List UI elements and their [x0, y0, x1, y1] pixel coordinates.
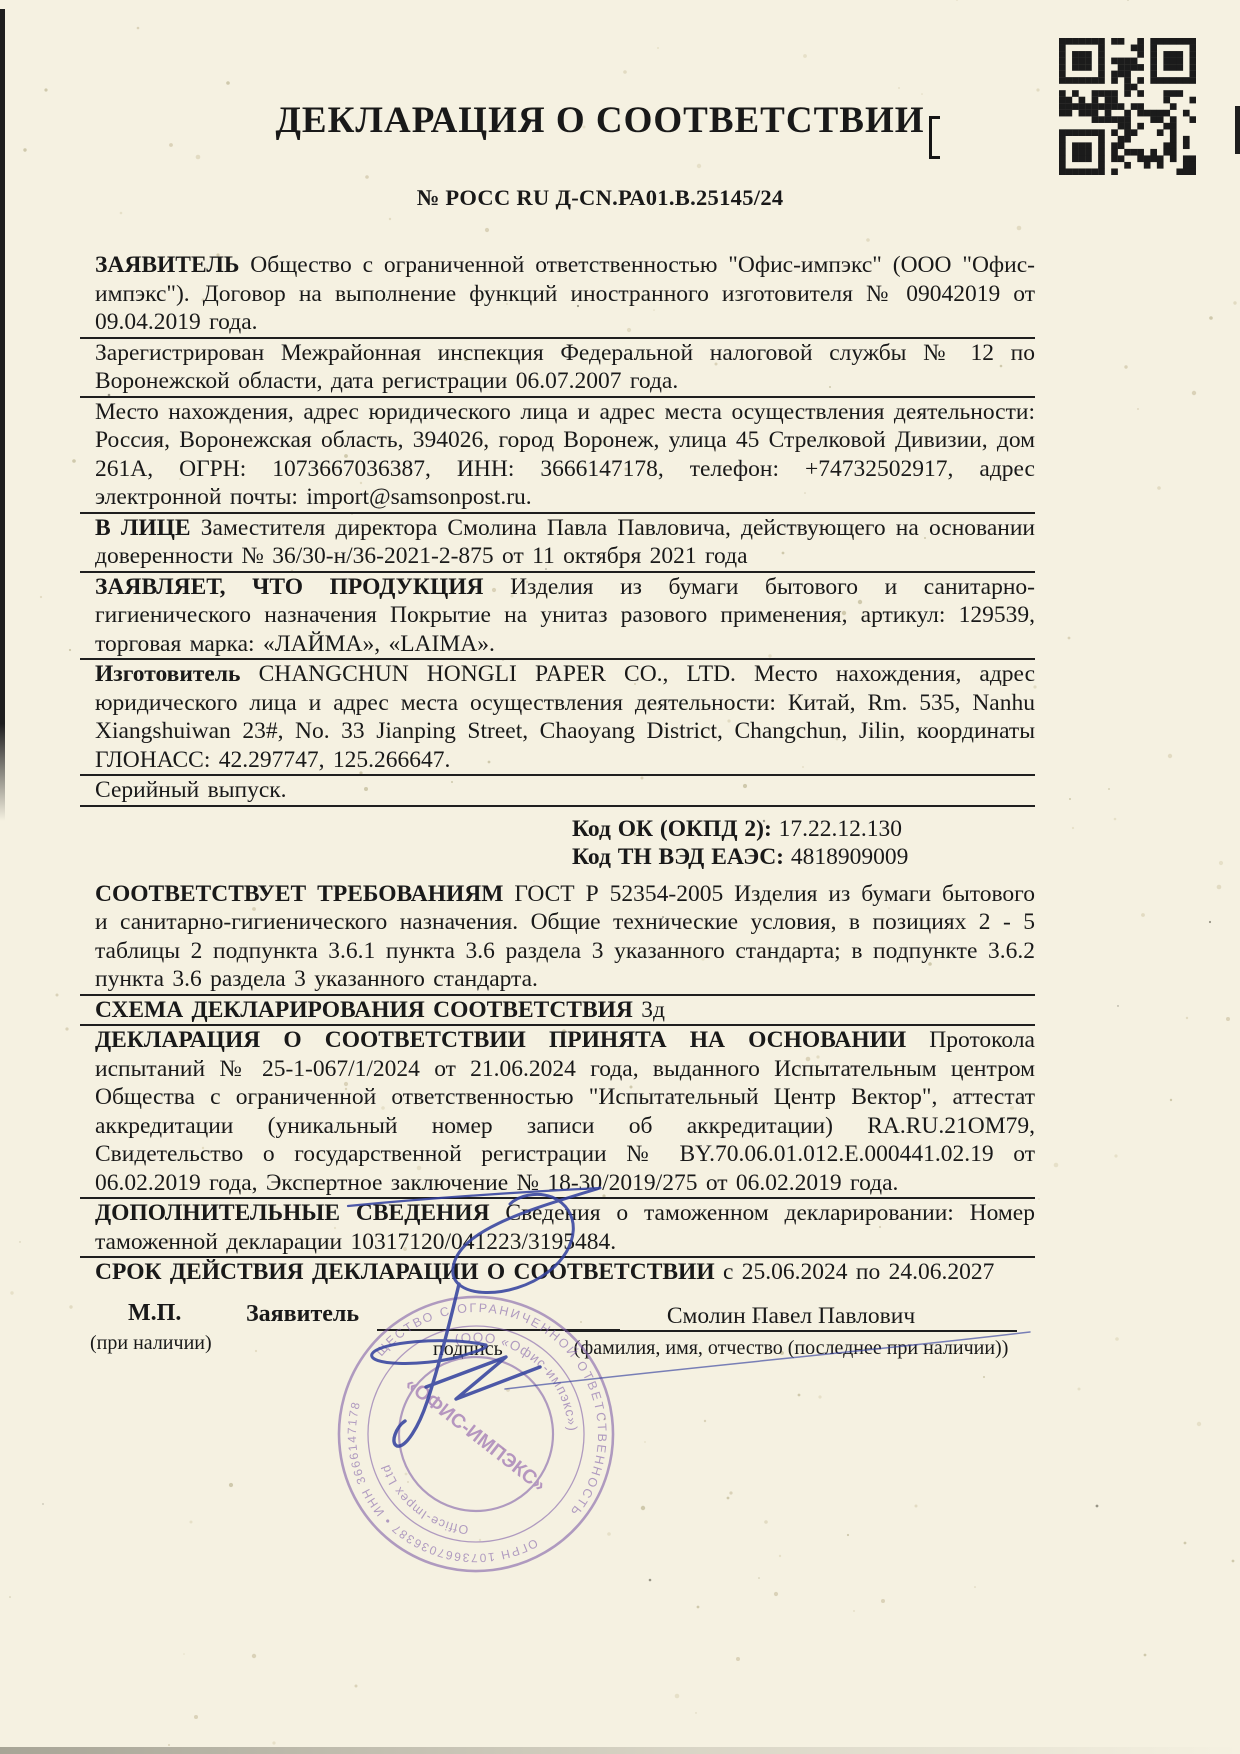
- document-paragraph: ЗАЯВИТЕЛЬ Общество с ограниченной ответс…: [80, 251, 1035, 339]
- paragraph-text: с 25.06.2024 по 24.06.2027: [723, 1259, 994, 1285]
- paragraph-text: 17.22.12.130: [779, 816, 902, 842]
- paragraph-text: 4818909009: [791, 844, 909, 870]
- qr-code-icon: [1059, 38, 1196, 175]
- company-stamp: ОБЩЕСТВО С ОГРАНИЧЕННОЙ ОТВЕТСТВЕННОСТЬЮ…: [316, 1274, 636, 1594]
- paragraph-text: Зарегистрирован Межрайонная инспекция Фе…: [95, 340, 1035, 395]
- code-line: Код ОК (ОКПД 2): 17.22.12.130: [80, 807, 1035, 844]
- document-body: ЗАЯВИТЕЛЬ Общество с ограниченной ответс…: [80, 251, 1035, 1287]
- document-paragraph: СХЕМА ДЕКЛАРИРОВАНИЯ СООТВЕТСТВИЯ 3д: [80, 996, 1035, 1027]
- stamp-place-label: М.П.: [128, 1300, 181, 1327]
- paragraph-heading: СООТВЕТСТВУЕТ ТРЕБОВАНИЯМ: [95, 881, 514, 907]
- bracket-artifact: [929, 116, 940, 159]
- scan-edge-left-artifact: [0, 9, 5, 821]
- paragraph-heading: ЗАЯВИТЕЛЬ: [95, 252, 250, 278]
- paragraph-heading: ДОПОЛНИТЕЛЬНЫЕ СВЕДЕНИЯ: [95, 1200, 505, 1226]
- paragraph-text: Место нахождения, адрес юридического лиц…: [95, 399, 1035, 511]
- document-paragraph: ЗАЯВЛЯЕТ, ЧТО ПРОДУКЦИЯ Изделия из бумаг…: [80, 573, 1035, 661]
- declaration-document: ДЕКЛАРАЦИЯ О СООТВЕТСТВИИ № РОСС RU Д-CN…: [0, 0, 1240, 1754]
- document-paragraph: Место нахождения, адрес юридического лиц…: [80, 398, 1035, 514]
- paragraph-text: Серийный выпуск.: [95, 777, 287, 803]
- scan-bottom-shadow: [0, 1747, 1240, 1754]
- document-paragraph: Изготовитель CHANGCHUN HONGLI PAPER CO.,…: [80, 660, 1035, 776]
- document-paragraph: В ЛИЦЕ Заместителя директора Смолина Пав…: [80, 514, 1035, 573]
- paragraph-heading: ЗАЯВЛЯЕТ, ЧТО ПРОДУКЦИЯ: [95, 574, 510, 600]
- paragraph-heading: В ЛИЦЕ: [95, 515, 201, 541]
- document-number: № РОСС RU Д-CN.РА01.В.25145/24: [0, 185, 1200, 211]
- paragraph-text: 3д: [641, 997, 665, 1023]
- scan-edge-right-artifact: [1235, 106, 1240, 154]
- paragraph-text: Заместителя директора Смолина Павла Павл…: [95, 515, 1035, 570]
- document-paragraph: ДОПОЛНИТЕЛЬНЫЕ СВЕДЕНИЯ Сведения о тамож…: [80, 1199, 1035, 1258]
- paragraph-heading: Код ТН ВЭД ЕАЭС:: [572, 844, 791, 870]
- paragraph-heading: ДЕКЛАРАЦИЯ О СООТВЕТСТВИИ ПРИНЯТА НА ОСН…: [95, 1027, 929, 1053]
- document-paragraph: ДЕКЛАРАЦИЯ О СООТВЕТСТВИИ ПРИНЯТА НА ОСН…: [80, 1026, 1035, 1199]
- paragraph-heading: СХЕМА ДЕКЛАРИРОВАНИЯ СООТВЕТСТВИЯ: [95, 997, 641, 1023]
- paragraph-heading: Код ОК (ОКПД 2):: [572, 816, 779, 842]
- document-paragraph: Зарегистрирован Межрайонная инспекция Фе…: [80, 339, 1035, 398]
- document-paragraph: Серийный выпуск.: [80, 776, 1035, 807]
- code-line: Код ТН ВЭД ЕАЭС: 4818909009: [80, 843, 1035, 880]
- stamp-place-note: (при наличии): [90, 1332, 212, 1355]
- document-title: ДЕКЛАРАЦИЯ О СООТВЕТСТВИИ: [0, 99, 1200, 142]
- stamp-center-text: «ОФИС-ИМПЭКС»: [401, 1373, 550, 1496]
- svg-text:ОБЩЕСТВО С ОГРАНИЧЕННОЙ ОТВЕТС: ОБЩЕСТВО С ОГРАНИЧЕННОЙ ОТВЕТСТВЕННОСТЬЮ: [341, 1274, 636, 1520]
- stamp-outer-top-text: ОБЩЕСТВО С ОГРАНИЧЕННОЙ ОТВЕТСТВЕННОСТЬЮ: [341, 1274, 636, 1520]
- paragraph-heading: Изготовитель: [95, 661, 259, 687]
- document-paragraph: СООТВЕТСТВУЕТ ТРЕБОВАНИЯМ ГОСТ Р 52354-2…: [80, 880, 1035, 996]
